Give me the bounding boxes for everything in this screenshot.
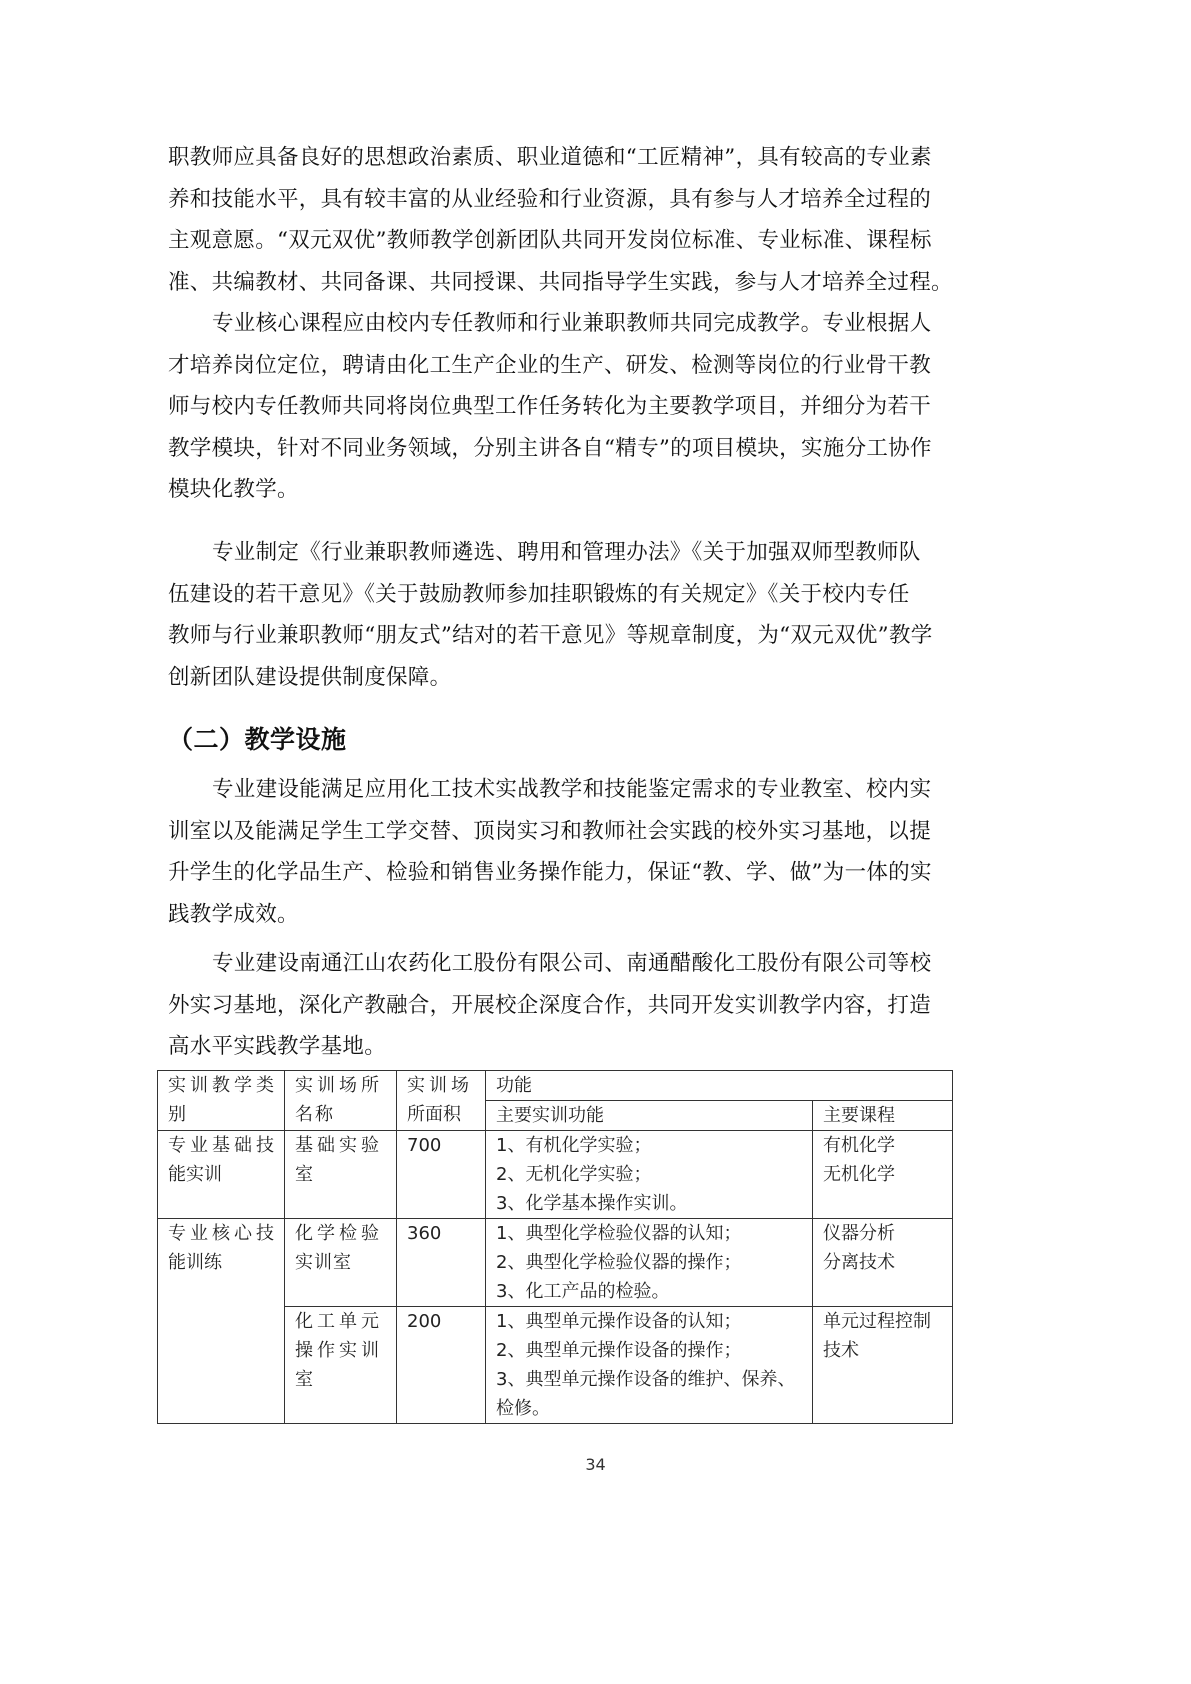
text-line: 专业建设能满足应用化工技术实战教学和技能鉴定需求的专业教室、校内实	[168, 769, 942, 811]
cell-courses: 有机化学 无机化学	[813, 1131, 953, 1219]
cell-functions: 1、典型单元操作设备的认知； 2、典型单元操作设备的操作； 3、典型单元操作设备…	[486, 1307, 813, 1424]
text-line: 模块化教学。	[168, 469, 942, 511]
paragraph-practice-bases: 专业建设南通江山农药化工股份有限公司、南通醋酸化工股份有限公司等校 外实习基地，…	[168, 943, 942, 1068]
text-line: 师与校内专任教师共同将岗位典型工作任务转化为主要教学项目，并细分为若干	[168, 386, 942, 428]
cell-venue-name: 化工单元 操作实训 室	[285, 1307, 397, 1424]
facilities-table: 实训教学类 别 实训场所 名称 实训场 所面积 功能 主要实训功能 主要课程 专…	[157, 1070, 953, 1424]
text-line: 训室以及能满足学生工学交替、顶岗实习和教师社会实践的校外实习基地，以提	[168, 811, 942, 853]
header-area: 实训场 所面积	[397, 1071, 486, 1131]
cell-category: 专业核心技 能训练	[158, 1219, 285, 1424]
header-main-courses: 主要课程	[813, 1101, 953, 1131]
cell-category: 专业基础技 能实训	[158, 1131, 285, 1219]
text-line: 专业建设南通江山农药化工股份有限公司、南通醋酸化工股份有限公司等校	[168, 943, 942, 985]
text-line: 教师与行业兼职教师“朋友式”结对的若干意见》等规章制度，为“双元双优”教学	[168, 615, 942, 657]
header-function: 功能	[486, 1071, 953, 1101]
text-line: 养和技能水平，具有较丰富的从业经验和行业资源，具有参与人才培养全过程的	[168, 179, 942, 221]
text-line: 创新团队建设提供制度保障。	[168, 657, 942, 699]
paragraph-facilities: 专业建设能满足应用化工技术实战教学和技能鉴定需求的专业教室、校内实 训室以及能满…	[168, 769, 942, 935]
text-line: 主观意愿。“双元双优”教师教学创新团队共同开发岗位标准、专业标准、课程标	[168, 220, 942, 262]
cell-area: 360	[397, 1219, 486, 1307]
text-line: 践教学成效。	[168, 894, 942, 936]
section-heading: （二）教学设施	[168, 720, 347, 756]
page-number: 34	[0, 1455, 1191, 1474]
text-line: 教学模块，针对不同业务领域，分别主讲各自“精专”的项目模块，实施分工协作	[168, 428, 942, 470]
text-line: 高水平实践教学基地。	[168, 1026, 942, 1068]
cell-courses: 单元过程控制 技术	[813, 1307, 953, 1424]
text-line: 才培养岗位定位，聘请由化工生产企业的生产、研发、检测等岗位的行业骨干教	[168, 345, 942, 387]
paragraph-core-courses: 专业核心课程应由校内专任教师和行业兼职教师共同完成教学。专业根据人 才培养岗位定…	[168, 303, 942, 511]
cell-functions: 1、有机化学实验； 2、无机化学实验； 3、化学基本操作实训。	[486, 1131, 813, 1219]
text-line: 伍建设的若干意见》《关于鼓励教师参加挂职锻炼的有关规定》《关于校内专任	[168, 574, 942, 616]
header-category: 实训教学类 别	[158, 1071, 285, 1131]
text-line: 职教师应具备良好的思想政治素质、职业道德和“工匠精神”，具有较高的专业素	[168, 137, 942, 179]
cell-functions: 1、典型化学检验仪器的认知； 2、典型化学检验仪器的操作； 3、化工产品的检验。	[486, 1219, 813, 1307]
text-line: 准、共编教材、共同备课、共同授课、共同指导学生实践，参与人才培养全过程。	[168, 262, 942, 304]
table-row: 专业基础技 能实训 基础实验 室 700 1、有机化学实验； 2、无机化学实验；…	[158, 1131, 953, 1219]
table-header-row: 实训教学类 别 实训场所 名称 实训场 所面积 功能	[158, 1071, 953, 1101]
header-venue-name: 实训场所 名称	[285, 1071, 397, 1131]
paragraph-teacher-requirements: 职教师应具备良好的思想政治素质、职业道德和“工匠精神”，具有较高的专业素 养和技…	[168, 137, 942, 303]
text-line: 外实习基地，深化产教融合，开展校企深度合作，共同开发实训教学内容，打造	[168, 985, 942, 1027]
text-line: 专业制定《行业兼职教师遴选、聘用和管理办法》《关于加强双师型教师队	[168, 532, 942, 574]
text-line: 专业核心课程应由校内专任教师和行业兼职教师共同完成教学。专业根据人	[168, 303, 942, 345]
document-page: 职教师应具备良好的思想政治素质、职业道德和“工匠精神”，具有较高的专业素 养和技…	[0, 0, 1191, 1684]
cell-area: 200	[397, 1307, 486, 1424]
paragraph-regulations: 专业制定《行业兼职教师遴选、聘用和管理办法》《关于加强双师型教师队 伍建设的若干…	[168, 532, 942, 698]
table-row: 专业核心技 能训练 化学检验 实训室 360 1、典型化学检验仪器的认知； 2、…	[158, 1219, 953, 1307]
text-line: 升学生的化学品生产、检验和销售业务操作能力，保证“教、学、做”为一体的实	[168, 852, 942, 894]
cell-area: 700	[397, 1131, 486, 1219]
cell-venue-name: 基础实验 室	[285, 1131, 397, 1219]
header-main-function: 主要实训功能	[486, 1101, 813, 1131]
cell-venue-name: 化学检验 实训室	[285, 1219, 397, 1307]
cell-courses: 仪器分析 分离技术	[813, 1219, 953, 1307]
